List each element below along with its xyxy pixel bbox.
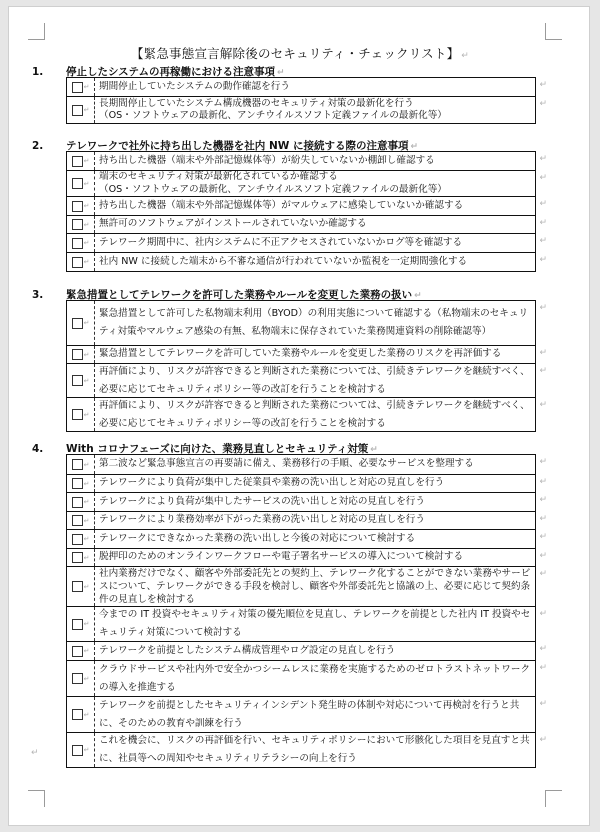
paragraph-mark-icon: ↵	[461, 51, 469, 61]
margin-corner-bottom-left	[28, 790, 45, 807]
checkbox-icon[interactable]	[72, 178, 83, 189]
checklist-row: ↵ 端末のセキュリティ対策が最新化されているか確認する （OS・ソフトウェアの最…	[67, 170, 535, 196]
checklist-item-text[interactable]: テレワークにできなかった業務の洗い出しと今後の対応について検討する	[95, 530, 535, 548]
checkbox-icon[interactable]	[72, 156, 83, 167]
checkbox-icon[interactable]	[72, 459, 83, 470]
checklist-item-text[interactable]: テレワークを前提としたセキュリティインシデント発生時の体制や対応について再検討を…	[95, 697, 535, 732]
margin-corner-top-left	[28, 23, 45, 40]
checkbox-icon[interactable]	[72, 201, 83, 212]
checklist-item-text[interactable]: 無許可のソフトウェアがインストールされていないか確認する	[95, 216, 535, 233]
checklist-table-2: ↵ 持ち出した機器（端末や外部記憶媒体等）が紛失していないか棚卸し確認する ↵ …	[66, 151, 536, 272]
checklist-item-text[interactable]: これを機会に、リスクの再評価を行い、セキュリティポリシーにおいて形骸化した項目を…	[95, 733, 535, 767]
checklist-item-text[interactable]: 社内業務だけでなく、顧客や外部委託先との契約上、テレワーク化することができない業…	[95, 567, 535, 606]
checklist-row: ↵ 脱押印のためのオンラインワークフローや電子署名サービスの導入について検討する…	[67, 548, 535, 566]
checkbox-icon[interactable]	[72, 534, 83, 545]
checkbox-icon[interactable]	[72, 105, 83, 116]
checklist-row: ↵ テレワークにより負荷が集中した従業員や業務の洗い出しと対応の見直しを行う ↵	[67, 474, 535, 492]
checklist-row: ↵ テレワークを前提としたセキュリティインシデント発生時の体制や対応について再検…	[67, 696, 535, 732]
checklist-item-text[interactable]: 端末のセキュリティ対策が最新化されているか確認する （OS・ソフトウェアの最新化…	[95, 171, 535, 196]
checklist-table-3: ↵ 緊急措置として許可した私物端末利用（BYOD）の利用実態について確認する（私…	[66, 300, 536, 432]
checkbox-icon[interactable]	[72, 409, 83, 420]
checklist-item-text[interactable]: 期間停止していたシステムの動作確認を行う	[95, 78, 535, 96]
checklist-item-text[interactable]: 緊急措置としてテレワークを許可していた業務やルールを変更した業務のリスクを再評価…	[95, 346, 535, 363]
checkbox-icon[interactable]	[72, 646, 83, 657]
checkbox-icon[interactable]	[72, 82, 83, 93]
checklist-row: ↵ 今までの IT 投資やセキュリティ対策の優先順位を見直し、テレワークを前提と…	[67, 606, 535, 641]
margin-corner-bottom-right	[545, 790, 562, 807]
checklist-row: ↵ 再評価により、リスクが許容できると判断された業務については、引続きテレワーク…	[67, 397, 535, 431]
checklist-row: ↵ 緊急措置としてテレワークを許可していた業務やルールを変更した業務のリスクを再…	[67, 345, 535, 363]
checklist-item-text[interactable]: 再評価により、リスクが許容できると判断された業務については、引続きテレワークを継…	[95, 398, 535, 431]
checklist-row: ↵ 持ち出した機器（端末や外部記憶媒体等）が紛失していないか棚卸し確認する ↵	[67, 152, 535, 170]
checkbox-icon[interactable]	[72, 238, 83, 249]
checklist-item-text[interactable]: テレワークにより業務効率が下がった業務の洗い出しと対応の見直しを行う	[95, 512, 535, 529]
checkbox-icon[interactable]	[72, 257, 83, 268]
checklist-item-text[interactable]: 今までの IT 投資やセキュリティ対策の優先順位を見直し、テレワークを前提とした…	[95, 607, 535, 641]
checkbox-icon[interactable]	[72, 497, 83, 508]
checkbox-icon[interactable]	[72, 375, 83, 386]
checklist-item-text[interactable]: テレワークにより負荷が集中したサービスの洗い出しと対応の見直しを行う	[95, 493, 535, 511]
checklist-row: ↵ 持ち出した機器（端末や外部記憶媒体等）がマルウェアに感染していないか確認する…	[67, 196, 535, 215]
checklist-table-4: ↵ 第二波など緊急事態宣言の再要請に備え、業務移行の手順、必要なサービスを整理す…	[66, 454, 536, 768]
checkbox-icon[interactable]	[72, 219, 83, 230]
checkbox-icon[interactable]	[72, 745, 83, 756]
paragraph-mark-icon: ↵	[31, 748, 39, 758]
checkbox-icon[interactable]	[72, 581, 83, 592]
checklist-row: ↵ 再評価により、リスクが許容できると判断された業務については、引続きテレワーク…	[67, 363, 535, 397]
checklist-row: ↵ クラウドサービスや社内外で安全かつシームレスに業務を実施するためのゼロトラス…	[67, 660, 535, 696]
checklist-item-text[interactable]: 長期間停止していたシステム構成機器のセキュリティ対策の最新化を行う （OS・ソフ…	[95, 97, 535, 123]
document-page: 【緊急事態宣言解除後のセキュリティ・チェックリスト】↵ 1.停止したシステムの再…	[8, 6, 590, 826]
checklist-row: ↵ テレワークにより負荷が集中したサービスの洗い出しと対応の見直しを行う ↵	[67, 492, 535, 511]
checklist-item-text[interactable]: 再評価により、リスクが許容できると判断された業務については、引続きテレワークを継…	[95, 364, 535, 397]
checklist-row: ↵ 期間停止していたシステムの動作確認を行う ↵	[67, 78, 535, 96]
checkbox-icon[interactable]	[72, 619, 83, 630]
checkbox-icon[interactable]	[72, 349, 83, 360]
checklist-row: ↵ 社内業務だけでなく、顧客や外部委託先との契約上、テレワーク化することができな…	[67, 566, 535, 606]
checklist-row: ↵ 第二波など緊急事態宣言の再要請に備え、業務移行の手順、必要なサービスを整理す…	[67, 455, 535, 474]
checkbox-icon[interactable]	[72, 318, 83, 329]
checklist-item-text[interactable]: クラウドサービスや社内外で安全かつシームレスに業務を実施するためのゼロトラストネ…	[95, 661, 535, 696]
checklist-row: ↵ 社内 NW に接続した端末から不審な通信が行われていないか監視を一定期間強化…	[67, 252, 535, 271]
document-title[interactable]: 【緊急事態宣言解除後のセキュリティ・チェックリスト】↵	[9, 44, 591, 62]
margin-corner-top-right	[545, 23, 562, 40]
checklist-row: ↵ テレワークにできなかった業務の洗い出しと今後の対応について検討する ↵	[67, 529, 535, 548]
checklist-item-text[interactable]: 緊急措置として許可した私物端末利用（BYOD）の利用実態について確認する（私物端…	[95, 301, 535, 345]
checklist-row: ↵ 緊急措置として許可した私物端末利用（BYOD）の利用実態について確認する（私…	[67, 301, 535, 345]
checklist-item-text[interactable]: 社内 NW に接続した端末から不審な通信が行われていないか監視を一定期間強化する	[95, 253, 535, 271]
checkbox-icon[interactable]	[72, 552, 83, 563]
checklist-item-text[interactable]: 持ち出した機器（端末や外部記憶媒体等）が紛失していないか棚卸し確認する	[95, 152, 535, 170]
checkbox-icon[interactable]	[72, 709, 83, 720]
checklist-item-text[interactable]: テレワークにより負荷が集中した従業員や業務の洗い出しと対応の見直しを行う	[95, 475, 535, 492]
checkbox-icon[interactable]	[72, 673, 83, 684]
checklist-item-text[interactable]: テレワーク期間中に、社内システムに不正アクセスされていないかログ等を確認する	[95, 234, 535, 252]
checklist-item-text[interactable]: 脱押印のためのオンラインワークフローや電子署名サービスの導入について検討する	[95, 549, 535, 566]
checkbox-icon[interactable]	[72, 515, 83, 526]
checklist-row: ↵ テレワーク期間中に、社内システムに不正アクセスされていないかログ等を確認する…	[67, 233, 535, 252]
checklist-item-text[interactable]: 第二波など緊急事態宣言の再要請に備え、業務移行の手順、必要なサービスを整理する	[95, 455, 535, 474]
checklist-row: ↵ 長期間停止していたシステム構成機器のセキュリティ対策の最新化を行う （OS・…	[67, 96, 535, 123]
checklist-row: ↵ 無許可のソフトウェアがインストールされていないか確認する ↵	[67, 215, 535, 233]
checklist-row: ↵ テレワークにより業務効率が下がった業務の洗い出しと対応の見直しを行う ↵	[67, 511, 535, 529]
checklist-row: ↵ これを機会に、リスクの再評価を行い、セキュリティポリシーにおいて形骸化した項…	[67, 732, 535, 767]
checklist-item-text[interactable]: 持ち出した機器（端末や外部記憶媒体等）がマルウェアに感染していないか確認する	[95, 197, 535, 215]
checklist-table-1: ↵ 期間停止していたシステムの動作確認を行う ↵ ↵ 長期間停止していたシステム…	[66, 77, 536, 124]
checklist-row: ↵ テレワークを前提としたシステム構成管理やログ設定の見直しを行う ↵	[67, 641, 535, 660]
checklist-item-text[interactable]: テレワークを前提としたシステム構成管理やログ設定の見直しを行う	[95, 642, 535, 660]
checkbox-icon[interactable]	[72, 478, 83, 489]
